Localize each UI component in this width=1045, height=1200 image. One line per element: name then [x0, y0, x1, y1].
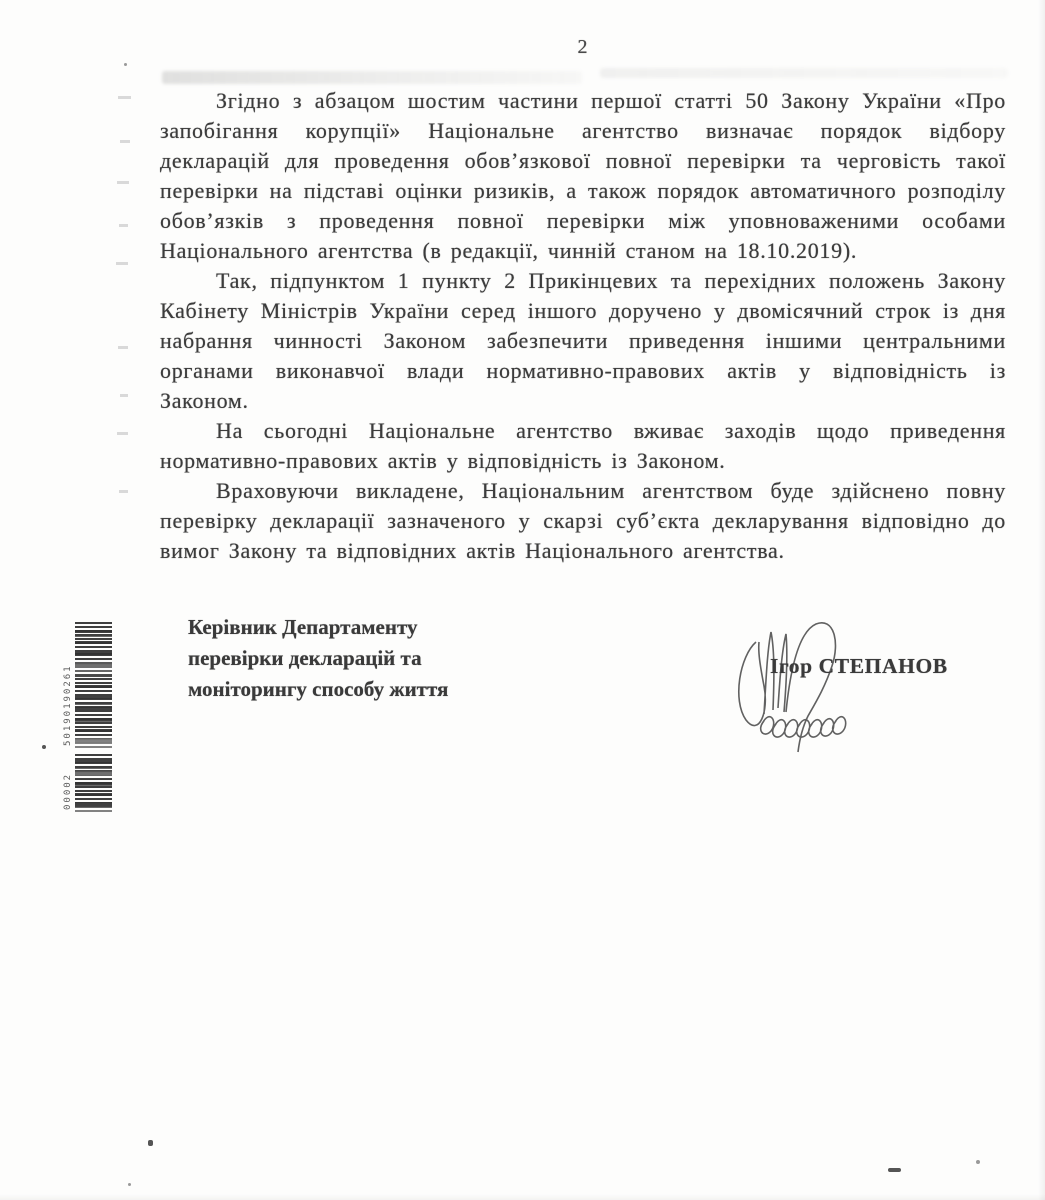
scan-noise-speck: [119, 490, 128, 493]
barcode-secondary: 00002: [62, 752, 122, 802]
signature-title-line: перевірки декларацій та: [188, 643, 528, 674]
handwritten-signature-scrawl: [726, 604, 876, 764]
scan-noise-speck: [118, 346, 128, 349]
body-paragraph: На сьогодні Національне агентство вживає…: [160, 416, 1006, 476]
scanned-document-page: 2 Згідно з абзацом шостим частини першої…: [0, 0, 1045, 1200]
scan-noise-speck: [148, 1140, 153, 1146]
document-body: Згідно з абзацом шостим частини першої с…: [160, 86, 1006, 566]
scan-noise-speck: [116, 262, 128, 265]
barcode-secondary-bars: [75, 752, 112, 812]
signer-name: Ігор СТЕПАНОВ: [770, 654, 948, 679]
signature-title-line: моніторингу способу життя: [188, 674, 528, 705]
scan-edge-shadow-right: [1038, 0, 1045, 1200]
scan-edge-shadow-bottom: [0, 1194, 1045, 1200]
scan-noise-speck: [128, 1183, 131, 1186]
scan-noise-speck: [124, 63, 127, 66]
scan-noise-speck: [117, 432, 128, 435]
body-paragraph: Згідно з абзацом шостим частини першої с…: [160, 86, 1006, 266]
scan-noise-speck: [120, 140, 130, 143]
scan-noise-speck: [117, 181, 129, 184]
barcode-main-bars: [75, 622, 112, 748]
barcode-secondary-digits: 00002: [62, 752, 75, 812]
scan-noise-speck: [976, 1160, 980, 1164]
signature-area: Ігор СТЕПАНОВ: [718, 598, 1030, 768]
scan-artifact-band: [600, 68, 1008, 78]
page-number: 2: [160, 36, 1005, 59]
scan-noise-speck: [120, 394, 128, 397]
body-paragraph: Так, підпунктом 1 пункту 2 Прикінцевих т…: [160, 266, 1006, 416]
scan-noise-speck: [42, 745, 46, 749]
barcode-main-digits: 50190190261: [62, 622, 75, 748]
scan-noise-speck: [119, 224, 128, 227]
barcode-main: 50190190261: [62, 622, 188, 672]
signature-title-line: Керівник Департаменту: [188, 612, 528, 643]
signature-position-title: Керівник Департаменту перевірки декларац…: [188, 612, 528, 705]
scan-artifact-band: [162, 71, 582, 84]
body-paragraph: Враховуючи викладене, Національним агент…: [160, 476, 1006, 566]
scan-noise-speck: [888, 1168, 901, 1172]
scan-noise-speck: [118, 96, 131, 99]
